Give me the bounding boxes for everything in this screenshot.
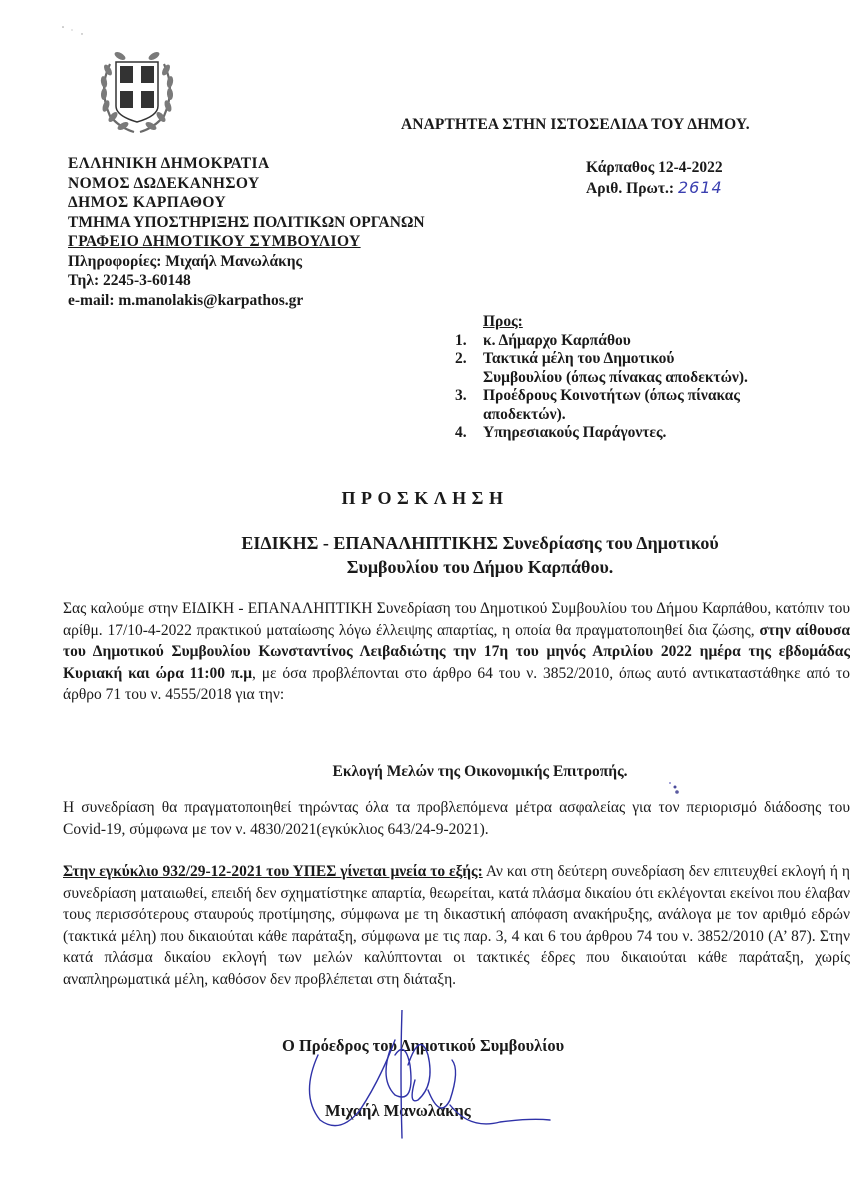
contact-email: e-mail: m.manolakis@karpathos.gr <box>68 291 425 311</box>
recipients-block: Προς: 1. κ. Δήμαρχο Καρπάθου 2.Τακτικά μ… <box>455 313 755 443</box>
header-republic: ΕΛΛΗΝΙΚΗ ΔΗΜΟΚΡΑΤΙΑ <box>68 154 425 174</box>
greek-coat-of-arms-icon <box>96 44 178 136</box>
protocol-number: 2614 <box>678 178 723 197</box>
protocol-line: Αριθ. Πρωτ.:2614 <box>586 178 723 199</box>
circular-paragraph: Στην εγκύκλιο 932/29-12-2021 του ΥΠΕΣ γί… <box>63 861 850 990</box>
header-office: ΓΡΑΦΕΙΟ ΔΗΜΟΤΙΚΟΥ ΣΥΜΒΟΥΛΙΟΥ <box>68 232 425 252</box>
circular-reference: Στην εγκύκλιο 932/29-12-2021 του ΥΠΕΣ γί… <box>63 863 483 880</box>
website-posting-note: ΑΝΑΡΤΗΤΕΑ ΣΤΗΝ ΙΣΤΟΣΕΛΙΔΑ ΤΟΥ ΔΗΜΟΥ. <box>401 116 750 134</box>
recipient-item: 2.Τακτικά μέλη του Δημοτικού Συμβουλίου … <box>455 350 755 387</box>
signatory-title: Ο Πρόεδρος του Δημοτικού Συμβουλίου <box>282 1036 564 1056</box>
recipient-item: 3.Προέδρους Κοινοτήτων (όπως πίνακας απο… <box>455 387 755 424</box>
scan-speck-decoration <box>60 24 90 44</box>
covid-measures-paragraph: Η συνεδρίαση θα πραγματοποιηθεί τηρώντας… <box>63 797 850 840</box>
subtitle-line-1: ΕΙΔΙΚΗΣ - ΕΠΑΝΑΛΗΠΤΙΚΗΣ Συνεδρίασης του … <box>0 531 850 555</box>
recipients-list: 1. κ. Δήμαρχο Καρπάθου 2.Τακτικά μέλη το… <box>455 332 755 443</box>
handwritten-signature-icon <box>300 1010 590 1160</box>
date-protocol-block: Κάρπαθος 12-4-2022 Αριθ. Πρωτ.:2614 <box>586 158 723 199</box>
meeting-subtitle: ΕΙΔΙΚΗΣ - ΕΠΑΝΑΛΗΠΤΙΚΗΣ Συνεδρίασης του … <box>0 531 850 579</box>
date-line: Κάρπαθος 12-4-2022 <box>586 158 723 178</box>
protocol-label: Αριθ. Πρωτ.: <box>586 180 674 197</box>
header-prefecture: ΝΟΜΟΣ ΔΩΔΕΚΑΝΗΣΟΥ <box>68 174 425 194</box>
scan-mark-decoration <box>666 779 682 797</box>
recipient-item: 4.Υπηρεσιακούς Παράγοντες. <box>455 424 755 443</box>
recipient-item: 1. κ. Δήμαρχο Καρπάθου <box>455 332 755 351</box>
issuer-header: ΕΛΛΗΝΙΚΗ ΔΗΜΟΚΡΑΤΙΑ ΝΟΜΟΣ ΔΩΔΕΚΑΝΗΣΟΥ ΔΗ… <box>68 154 425 310</box>
agenda-item: Εκλογή Μελών της Οικονομικής Επιτροπής. <box>0 763 850 781</box>
header-municipality: ΔΗΜΟΣ ΚΑΡΠΑΘΟΥ <box>68 193 425 213</box>
recipients-title: Προς: <box>483 313 755 332</box>
contact-info: Πληροφορίες: Μιχαήλ Μανωλάκης <box>68 252 425 272</box>
contact-phone: Τηλ: 2245-3-60148 <box>68 271 425 291</box>
invitation-paragraph: Σας καλούμε στην ΕΙΔΙΚΗ - ΕΠΑΝΑΛΗΠΤΙΚΗ Σ… <box>63 598 850 706</box>
subtitle-line-2: Συμβουλίου του Δήμου Καρπάθου. <box>0 555 850 579</box>
invitation-title: ΠΡΟΣΚΛΗΣΗ <box>0 488 850 509</box>
header-department: ΤΜΗΜΑ ΥΠΟΣΤΗΡΙΞΗΣ ΠΟΛΙΤΙΚΩΝ ΟΡΓΑΝΩΝ <box>68 213 425 233</box>
signatory-name: Μιχαήλ Μανωλάκης <box>325 1101 471 1121</box>
